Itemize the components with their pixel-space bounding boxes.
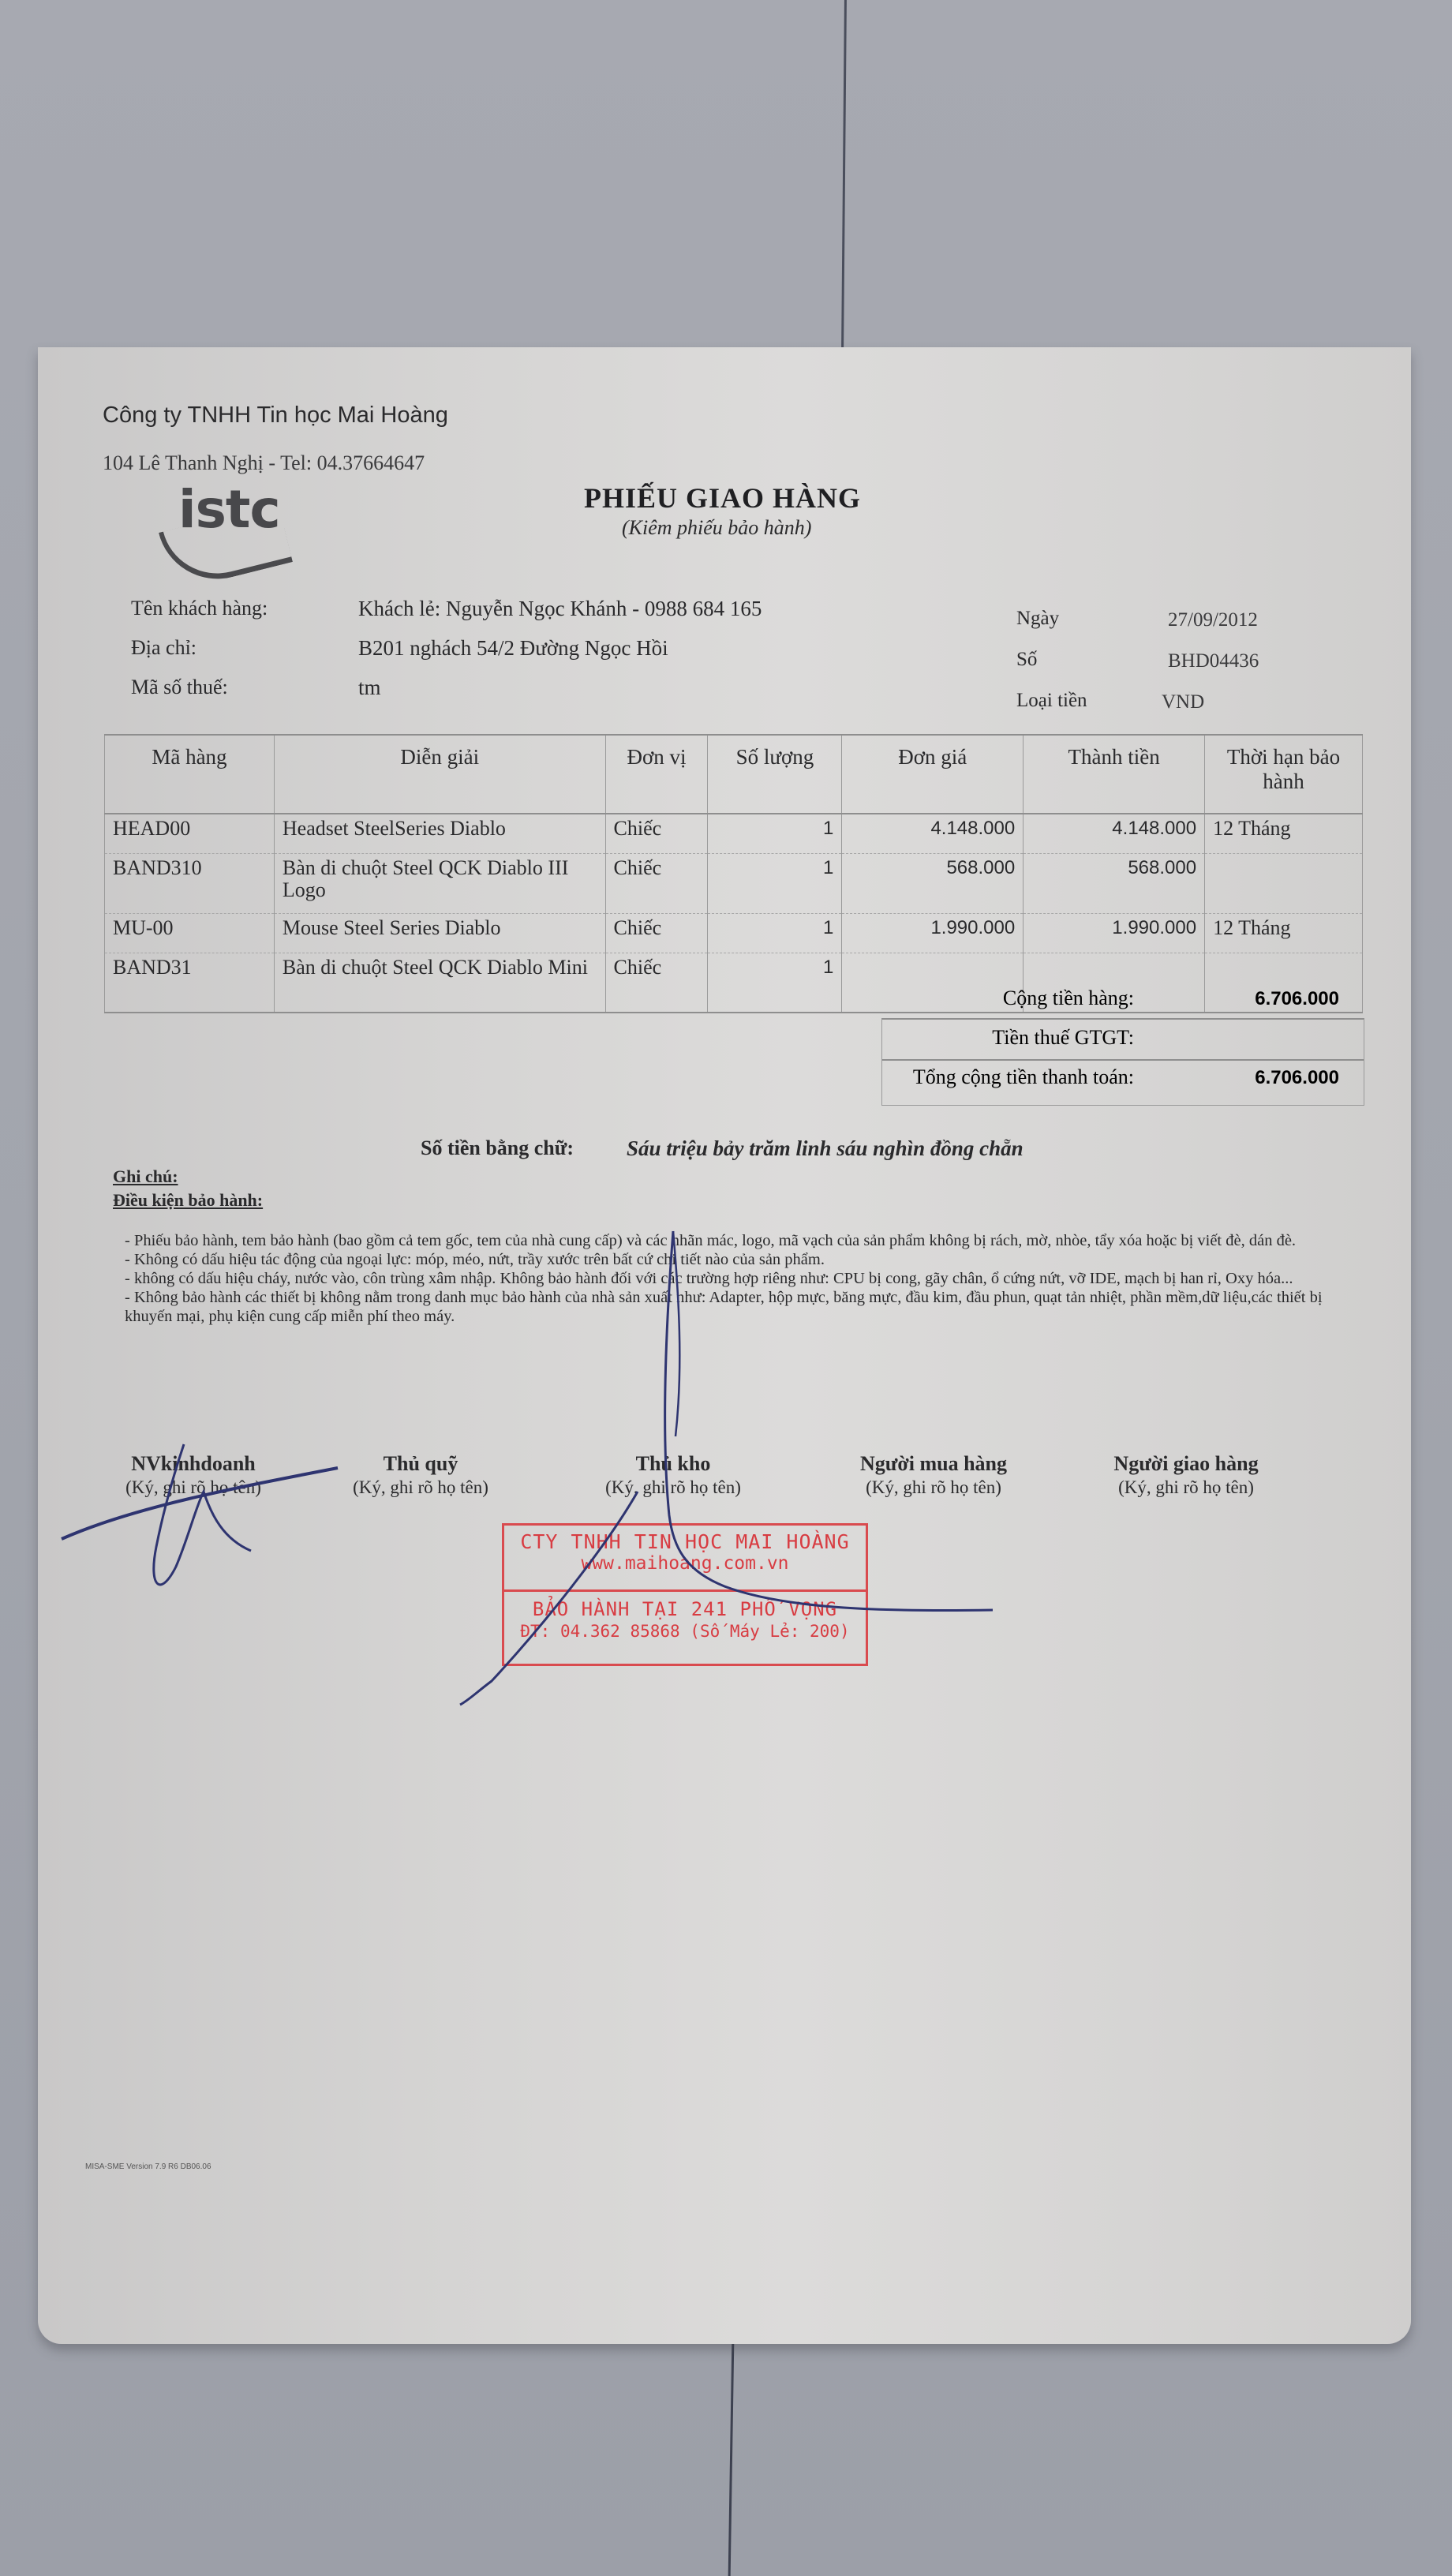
table-row: HEAD00 Headset SteelSeries Diablo Chiếc …	[105, 814, 1363, 853]
customer-name-value: Khách lẻ: Nguyễn Ngọc Khánh - 0988 684 1…	[358, 597, 762, 621]
cell-amount: 1.990.000	[1024, 913, 1205, 953]
items-table: Mã hàng Diễn giải Đơn vị Số lượng Đơn gi…	[104, 734, 1363, 1013]
signature-hint: (Ký, ghi rõ họ tên)	[110, 1477, 276, 1498]
cell-amount: 568.000	[1024, 853, 1205, 913]
company-name: Công ty TNHH Tin học Mai Hoàng	[103, 402, 448, 429]
grand-total-label: Tổng cộng tiền thanh toán:	[913, 1065, 1134, 1089]
condition-item: - Không bảo hành các thiết bị không nằm …	[125, 1288, 1372, 1326]
cell-warranty	[1205, 853, 1363, 913]
table-row: BAND310 Bàn di chuột Steel QCK Diablo II…	[105, 853, 1363, 913]
header-amount: Thành tiền	[1024, 735, 1205, 814]
totals-section: Cộng tiền hàng: 6.706.000 Tiền thuế GTGT…	[104, 979, 1363, 1097]
customer-address-value: B201 nghách 54/2 Đường Ngọc Hồi	[358, 636, 668, 661]
vat-row: Tiền thuế GTGT:	[104, 1018, 1363, 1058]
cell-unit-price: 568.000	[842, 853, 1024, 913]
table-row: MU-00 Mouse Steel Series Diablo Chiếc 1 …	[105, 913, 1363, 953]
signature-deliverer: Người giao hàng (Ký, ghi rõ họ tên)	[1095, 1452, 1277, 1498]
logo-text: istc	[178, 479, 280, 540]
signature-role: Thủ quỹ	[338, 1452, 503, 1476]
document-title: PHIẾU GIAO HÀNG	[584, 481, 861, 515]
cell-amount: 4.148.000	[1024, 814, 1205, 853]
signature-hint: (Ký, ghi rõ họ tên)	[590, 1477, 756, 1498]
header-quantity: Số lượng	[708, 735, 842, 814]
note-title: Ghi chú:	[113, 1166, 178, 1187]
handwritten-signatures-icon	[38, 347, 1411, 2344]
number-value: BHD04436	[1168, 650, 1259, 672]
customer-name-label: Tên khách hàng:	[131, 597, 268, 620]
customer-address-label: Địa chỉ:	[131, 636, 196, 660]
grand-total-value: 6.706.000	[1255, 1067, 1339, 1089]
amount-in-words-value: Sáu triệu bảy trăm linh sáu nghìn đồng c…	[627, 1136, 1024, 1161]
condition-item: - Phiếu bảo hành, tem bảo hành (bao gồm …	[125, 1231, 1372, 1250]
cell-code: BAND310	[105, 853, 275, 913]
header-description: Diễn giải	[274, 735, 605, 814]
signature-sales: NVkinhdoanh (Ký, ghi rõ họ tên)	[110, 1452, 276, 1498]
signature-hint: (Ký, ghi rõ họ tên)	[338, 1477, 503, 1498]
cell-unit-price: 1.990.000	[842, 913, 1024, 953]
cell-unit: Chiếc	[605, 814, 708, 853]
warranty-conditions: - Phiếu bảo hành, tem bảo hành (bao gồm …	[125, 1231, 1372, 1326]
header-unit: Đơn vị	[605, 735, 708, 814]
signature-role: Người giao hàng	[1095, 1452, 1277, 1476]
company-logo: istc	[164, 470, 322, 564]
stamp-company: CTY TNHH TIN HỌC MAI HOÀNG	[504, 1530, 866, 1553]
signature-warehouse: Thủ kho (Ký, ghi rõ họ tên)	[590, 1452, 756, 1498]
signature-role: NVkinhdoanh	[110, 1452, 276, 1476]
stamp-website: www.maihoang.com.vn	[504, 1553, 866, 1574]
header-warranty: Thời hạn bảo hành	[1205, 735, 1363, 814]
table-header-row: Mã hàng Diễn giải Đơn vị Số lượng Đơn gi…	[105, 735, 1363, 814]
warranty-conditions-title: Điều kiện bảo hành:	[113, 1190, 263, 1211]
signature-hint: (Ký, ghi rõ họ tên)	[843, 1477, 1024, 1498]
stamp-warranty-address: BẢO HÀNH TẠI 241 PHỐ VỌNG	[504, 1598, 866, 1620]
software-version: MISA-SME Version 7.9 R6 DB06.06	[85, 2162, 211, 2171]
cell-quantity: 1	[708, 913, 842, 953]
amount-in-words-label: Số tiền bằng chữ:	[421, 1136, 574, 1160]
signature-buyer: Người mua hàng (Ký, ghi rõ họ tên)	[843, 1452, 1024, 1498]
signature-hint: (Ký, ghi rõ họ tên)	[1095, 1477, 1277, 1498]
delivery-note-paper: Công ty TNHH Tin học Mai Hoàng 104 Lê Th…	[38, 347, 1411, 2344]
grand-total-row: Tổng cộng tiền thanh toán: 6.706.000	[104, 1058, 1363, 1097]
cell-code: MU-00	[105, 913, 275, 953]
background-crease	[728, 2340, 735, 2576]
stamp-phone: ĐT: 04.362 85868 (Số Máy Lẻ: 200)	[504, 1622, 866, 1641]
subtotal-value: 6.706.000	[1255, 988, 1339, 1010]
cell-quantity: 1	[708, 814, 842, 853]
condition-item: - không có dấu hiệu cháy, nước vào, côn …	[125, 1269, 1372, 1288]
subtotal-label: Cộng tiền hàng:	[1003, 987, 1134, 1010]
cell-unit-price: 4.148.000	[842, 814, 1024, 853]
company-stamp: CTY TNHH TIN HỌC MAI HOÀNG www.maihoang.…	[502, 1523, 868, 1666]
cell-unit: Chiếc	[605, 913, 708, 953]
tax-code-label: Mã số thuế:	[131, 676, 228, 699]
stamp-top: CTY TNHH TIN HỌC MAI HOÀNG www.maihoang.…	[504, 1526, 866, 1592]
cell-warranty: 12 Tháng	[1205, 913, 1363, 953]
vat-label: Tiền thuế GTGT:	[992, 1026, 1134, 1050]
signature-role: Người mua hàng	[843, 1452, 1024, 1476]
currency-value: VND	[1162, 691, 1204, 713]
cell-quantity: 1	[708, 853, 842, 913]
header-unit-price: Đơn giá	[842, 735, 1024, 814]
cell-description: Mouse Steel Series Diablo	[274, 913, 605, 953]
number-label: Số	[1016, 649, 1037, 671]
cell-description: Bàn di chuột Steel QCK Diablo III Logo	[274, 853, 605, 913]
currency-label: Loại tiền	[1016, 690, 1087, 712]
document-subtitle: (Kiêm phiếu bảo hành)	[622, 516, 811, 540]
date-value: 27/09/2012	[1168, 609, 1258, 631]
background-crease	[841, 0, 847, 351]
tax-code-value: tm	[358, 676, 381, 700]
condition-item: - Không có dấu hiệu tác động của ngoại l…	[125, 1250, 1372, 1269]
date-label: Ngày	[1016, 608, 1059, 630]
signature-cashier: Thủ quỹ (Ký, ghi rõ họ tên)	[338, 1452, 503, 1498]
cell-code: HEAD00	[105, 814, 275, 853]
cell-warranty: 12 Tháng	[1205, 814, 1363, 853]
cell-unit: Chiếc	[605, 853, 708, 913]
cell-description: Headset SteelSeries Diablo	[274, 814, 605, 853]
header-code: Mã hàng	[105, 735, 275, 814]
subtotal-row: Cộng tiền hàng: 6.706.000	[104, 979, 1363, 1018]
signature-role: Thủ kho	[590, 1452, 756, 1476]
